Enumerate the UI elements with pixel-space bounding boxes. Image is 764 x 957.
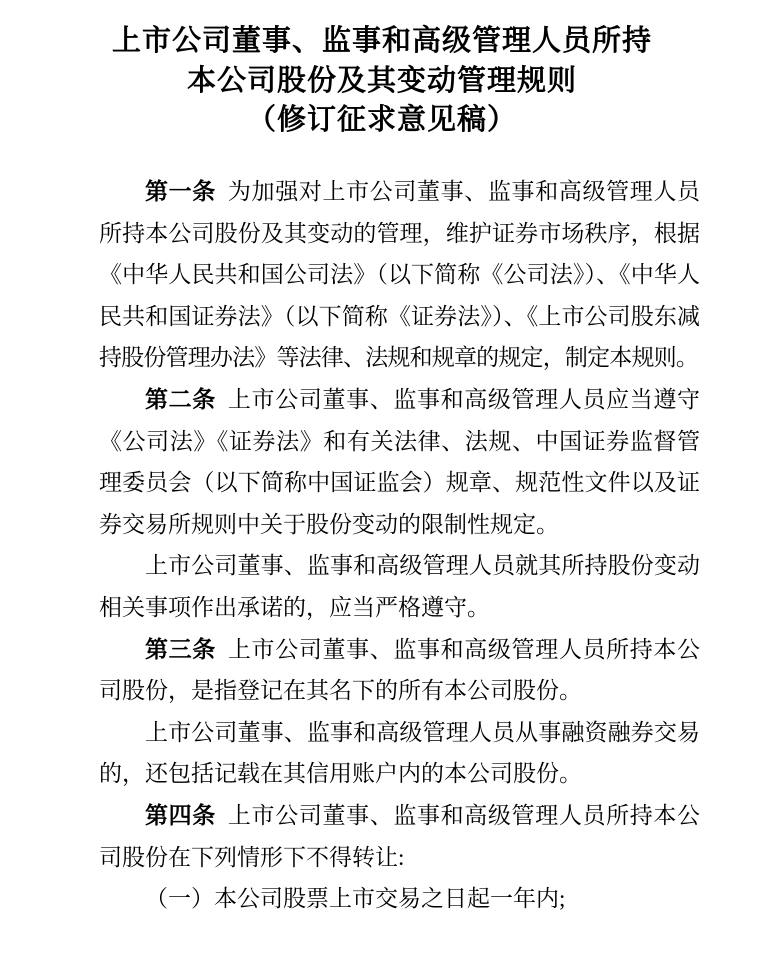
- paragraph: 第三条上市公司董事、监事和高级管理人员所持本公司股份，是指登记在其名下的所有本公…: [99, 629, 700, 712]
- paragraph-line: 第三条上市公司董事、监事和高级管理人员所持本公: [99, 629, 700, 671]
- article-number: 第四条: [145, 803, 216, 828]
- document-title-line-1: 上市公司董事、监事和高级管理人员所持: [0, 22, 764, 62]
- paragraph-line: 上市公司董事、监事和高级管理人员从事融资融券交易: [99, 712, 700, 754]
- paragraph-line: 民共和国证券法》（以下简称《证券法》）、《上市公司股东减: [99, 296, 700, 338]
- paragraph-line: 司股份，是指登记在其名下的所有本公司股份。: [99, 670, 700, 712]
- paragraph: 第二条上市公司董事、监事和高级管理人员应当遵守《公司法》《证券法》和有关法律、法…: [99, 379, 700, 545]
- paragraph-line: 的，还包括记载在其信用账户内的本公司股份。: [99, 753, 700, 795]
- paragraph: 第四条上市公司董事、监事和高级管理人员所持本公司股份在下列情形下不得转让:: [99, 795, 700, 878]
- document-title-line-3: （修订征求意见稿）: [0, 101, 764, 141]
- document-page: 上市公司董事、监事和高级管理人员所持 本公司股份及其变动管理规则 （修订征求意见…: [0, 0, 764, 957]
- paragraph-line: 所持本公司股份及其变动的管理，维护证券市场秩序，根据: [99, 213, 700, 255]
- article-number: 第二条: [145, 387, 216, 412]
- document-title-line-2: 本公司股份及其变动管理规则: [0, 62, 764, 102]
- paragraph: 上市公司董事、监事和高级管理人员就其所持股份变动相关事项作出承诺的，应当严格遵守…: [99, 545, 700, 628]
- paragraph-line: 持股份管理办法》等法律、法规和规章的规定，制定本规则。: [99, 337, 700, 379]
- paragraph-line: （一）本公司股票上市交易之日起一年内;: [99, 878, 700, 920]
- paragraph-line-text: 上市公司董事、监事和高级管理人员所持本公: [228, 803, 700, 828]
- paragraph-line: 相关事项作出承诺的，应当严格遵守。: [99, 587, 700, 629]
- article-number: 第三条: [145, 637, 216, 662]
- paragraph-line-text: 为加强对上市公司董事、监事和高级管理人员: [228, 179, 700, 204]
- paragraph-line-text: 上市公司董事、监事和高级管理人员所持本公: [228, 637, 700, 662]
- paragraph-line: 第四条上市公司董事、监事和高级管理人员所持本公: [99, 795, 700, 837]
- paragraph-line: 理委员会（以下简称中国证监会）规章、规范性文件以及证: [99, 462, 700, 504]
- paragraph-line: 上市公司董事、监事和高级管理人员就其所持股份变动: [99, 545, 700, 587]
- paragraph-line: 第一条为加强对上市公司董事、监事和高级管理人员: [99, 171, 700, 213]
- document-title: 上市公司董事、监事和高级管理人员所持 本公司股份及其变动管理规则 （修订征求意见…: [0, 22, 764, 141]
- paragraph-line: 第二条上市公司董事、监事和高级管理人员应当遵守: [99, 379, 700, 421]
- paragraph: （一）本公司股票上市交易之日起一年内;: [99, 878, 700, 920]
- paragraph-line: 《中华人民共和国公司法》（以下简称《公司法》）、《中华人: [99, 254, 700, 296]
- paragraph-line-text: 上市公司董事、监事和高级管理人员应当遵守: [228, 387, 700, 412]
- document-body: 第一条为加强对上市公司董事、监事和高级管理人员所持本公司股份及其变动的管理，维护…: [99, 171, 700, 920]
- paragraph-line: 司股份在下列情形下不得转让:: [99, 837, 700, 879]
- article-number: 第一条: [145, 179, 216, 204]
- paragraph-line: 券交易所规则中关于股份变动的限制性规定。: [99, 504, 700, 546]
- paragraph: 第一条为加强对上市公司董事、监事和高级管理人员所持本公司股份及其变动的管理，维护…: [99, 171, 700, 379]
- paragraph-line: 《公司法》《证券法》和有关法律、法规、中国证券监督管: [99, 421, 700, 463]
- paragraph: 上市公司董事、监事和高级管理人员从事融资融券交易的，还包括记载在其信用账户内的本…: [99, 712, 700, 795]
